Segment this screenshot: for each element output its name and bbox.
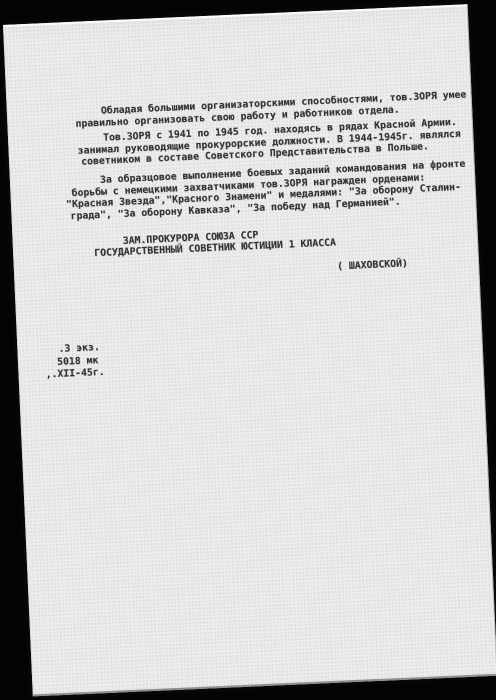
footer-date: ,.XII-45г.: [45, 367, 104, 381]
signatory-name: ( ШАХОВСКОЙ): [337, 258, 408, 273]
footer-copies-note: .3 экз.: [58, 342, 100, 355]
scan-background: { "page": { "background": "#040404", "pa…: [0, 0, 496, 700]
document-page: Обладая большими организаторскими способ…: [3, 4, 496, 696]
